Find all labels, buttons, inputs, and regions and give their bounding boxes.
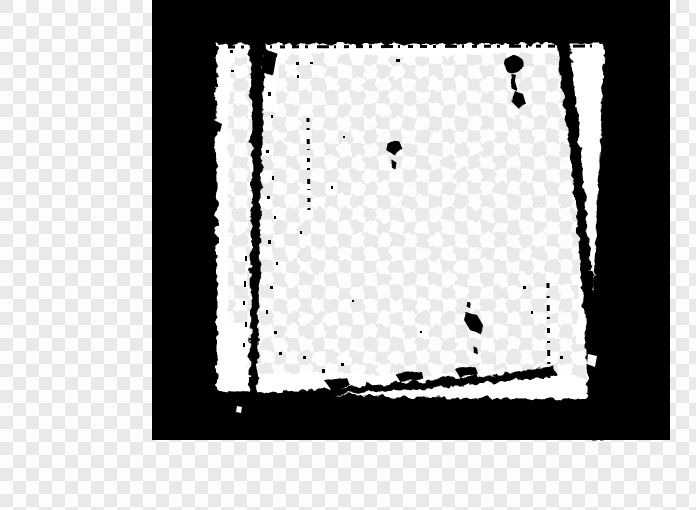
grunge-frame-graphic (0, 0, 696, 510)
image-canvas (0, 0, 696, 510)
white-patch-bottom-left (218, 321, 250, 392)
